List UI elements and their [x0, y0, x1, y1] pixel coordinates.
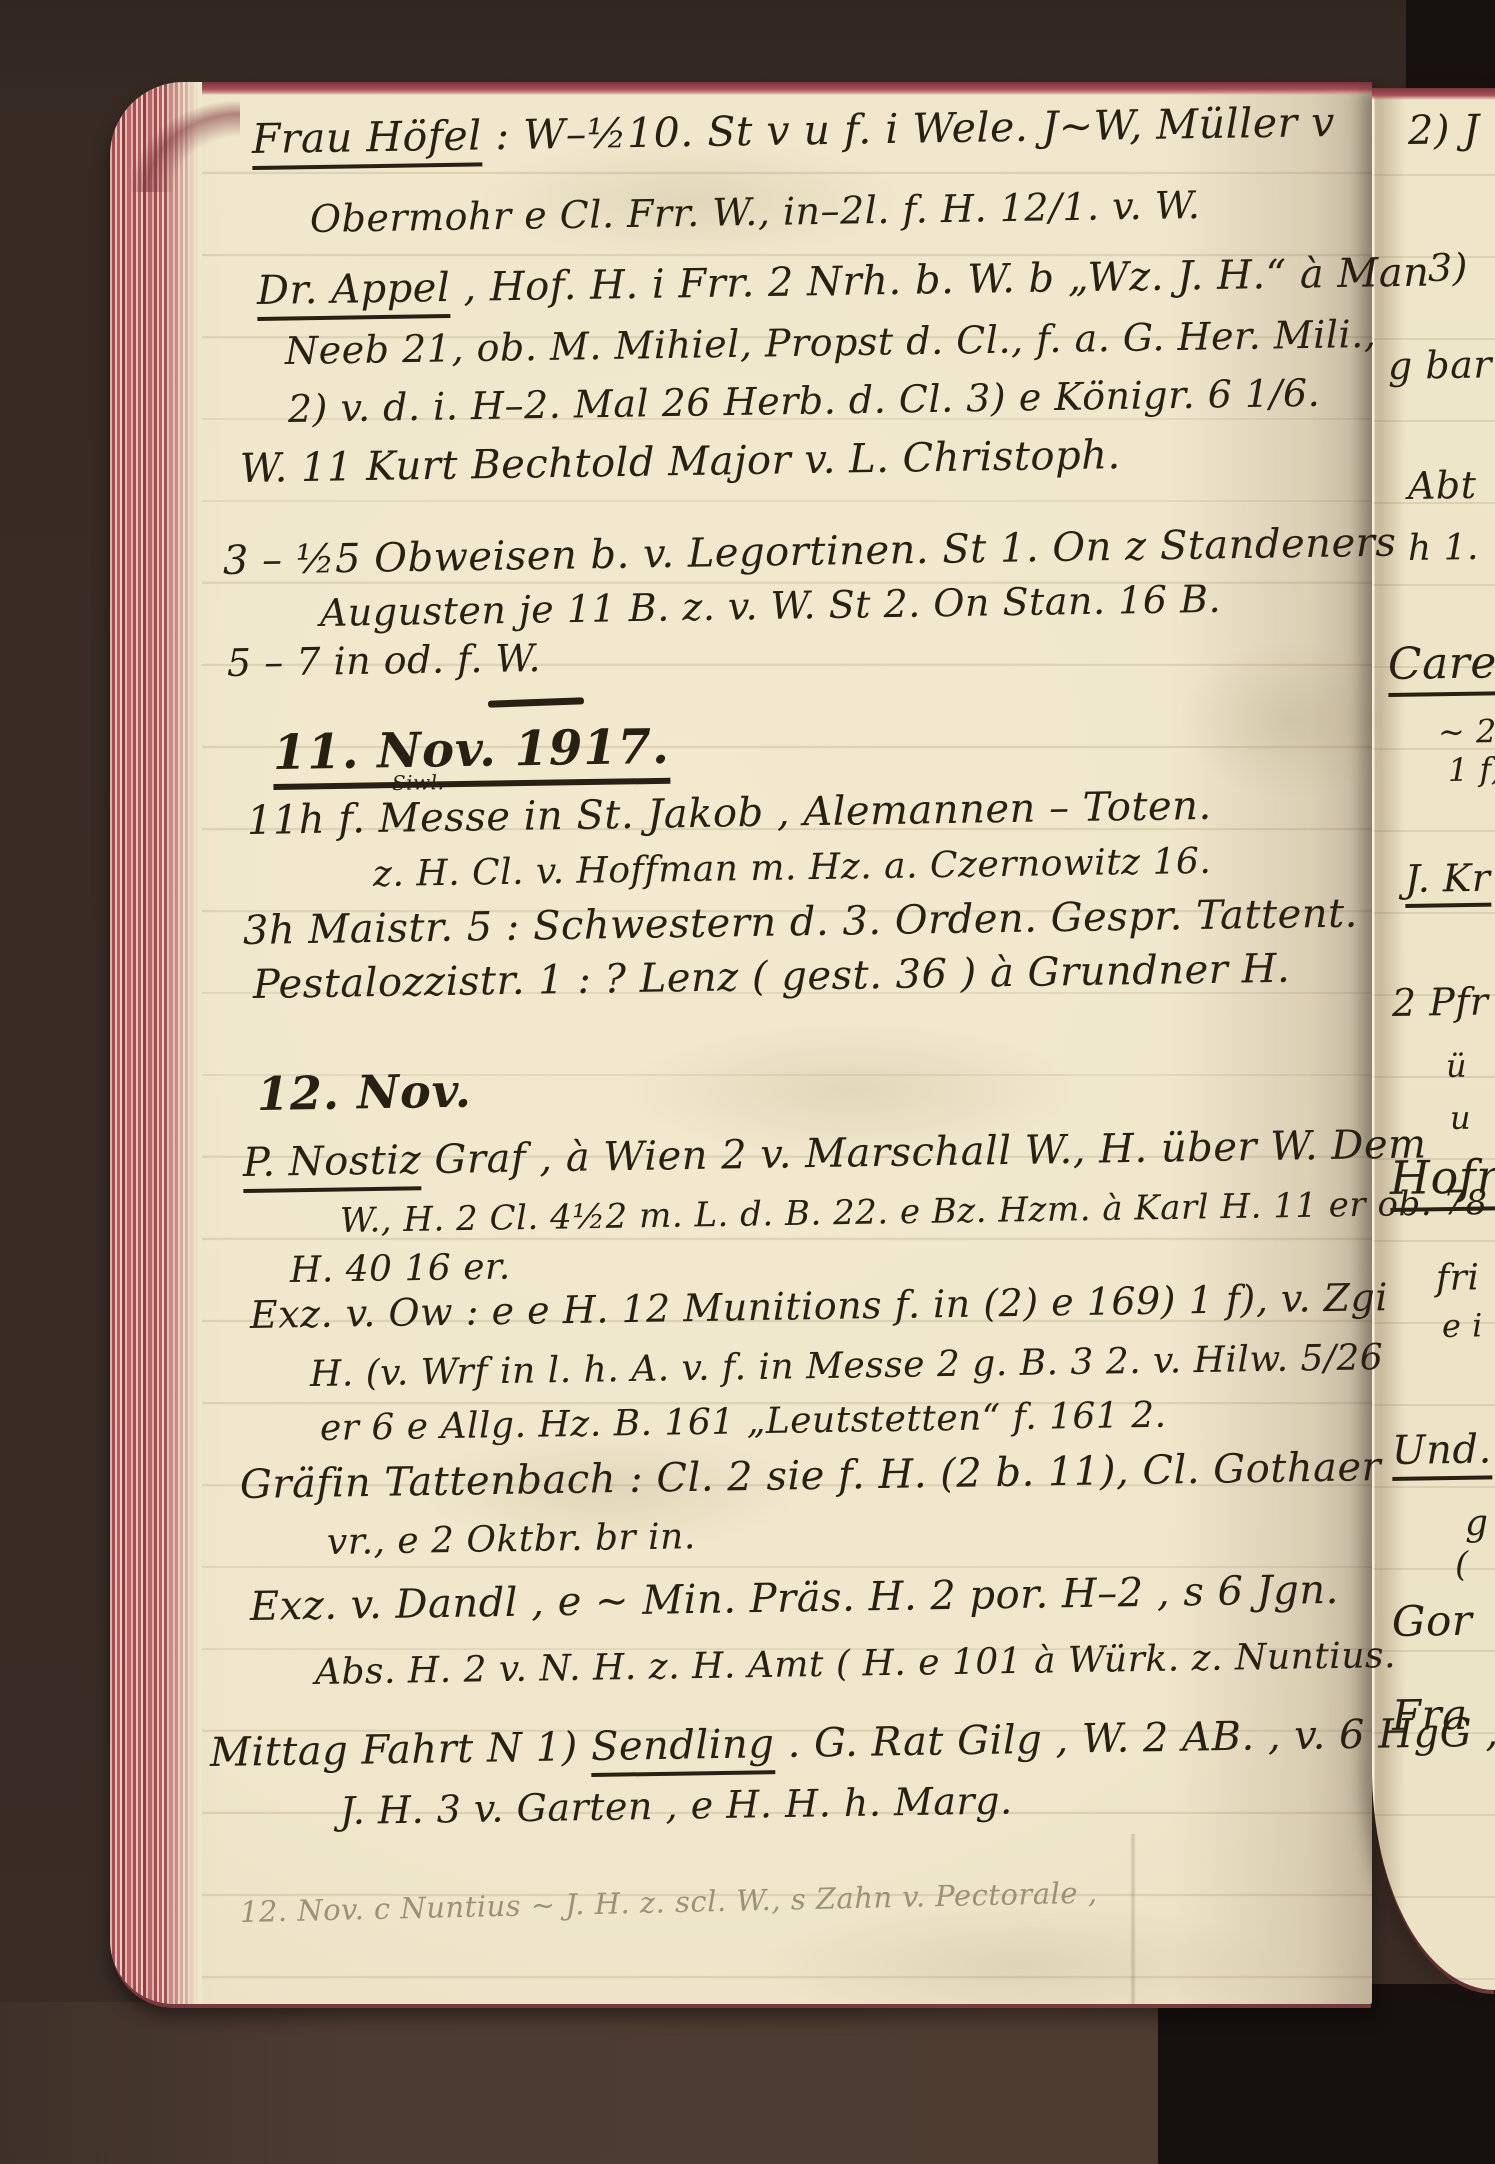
shadow-under-pages [1158, 1984, 1495, 2164]
shadow-top-right [1406, 0, 1495, 94]
right-page [1372, 88, 1495, 1990]
stained-page-edges [110, 82, 202, 2004]
table-surface [0, 2002, 1170, 2164]
page-corner-shade [110, 82, 240, 192]
left-page [110, 82, 1372, 2004]
page-crease [1130, 1834, 1136, 2004]
photographed-notebook: Frau Höfel : W–½10. St v u f. i Wele. J~… [0, 0, 1495, 2164]
